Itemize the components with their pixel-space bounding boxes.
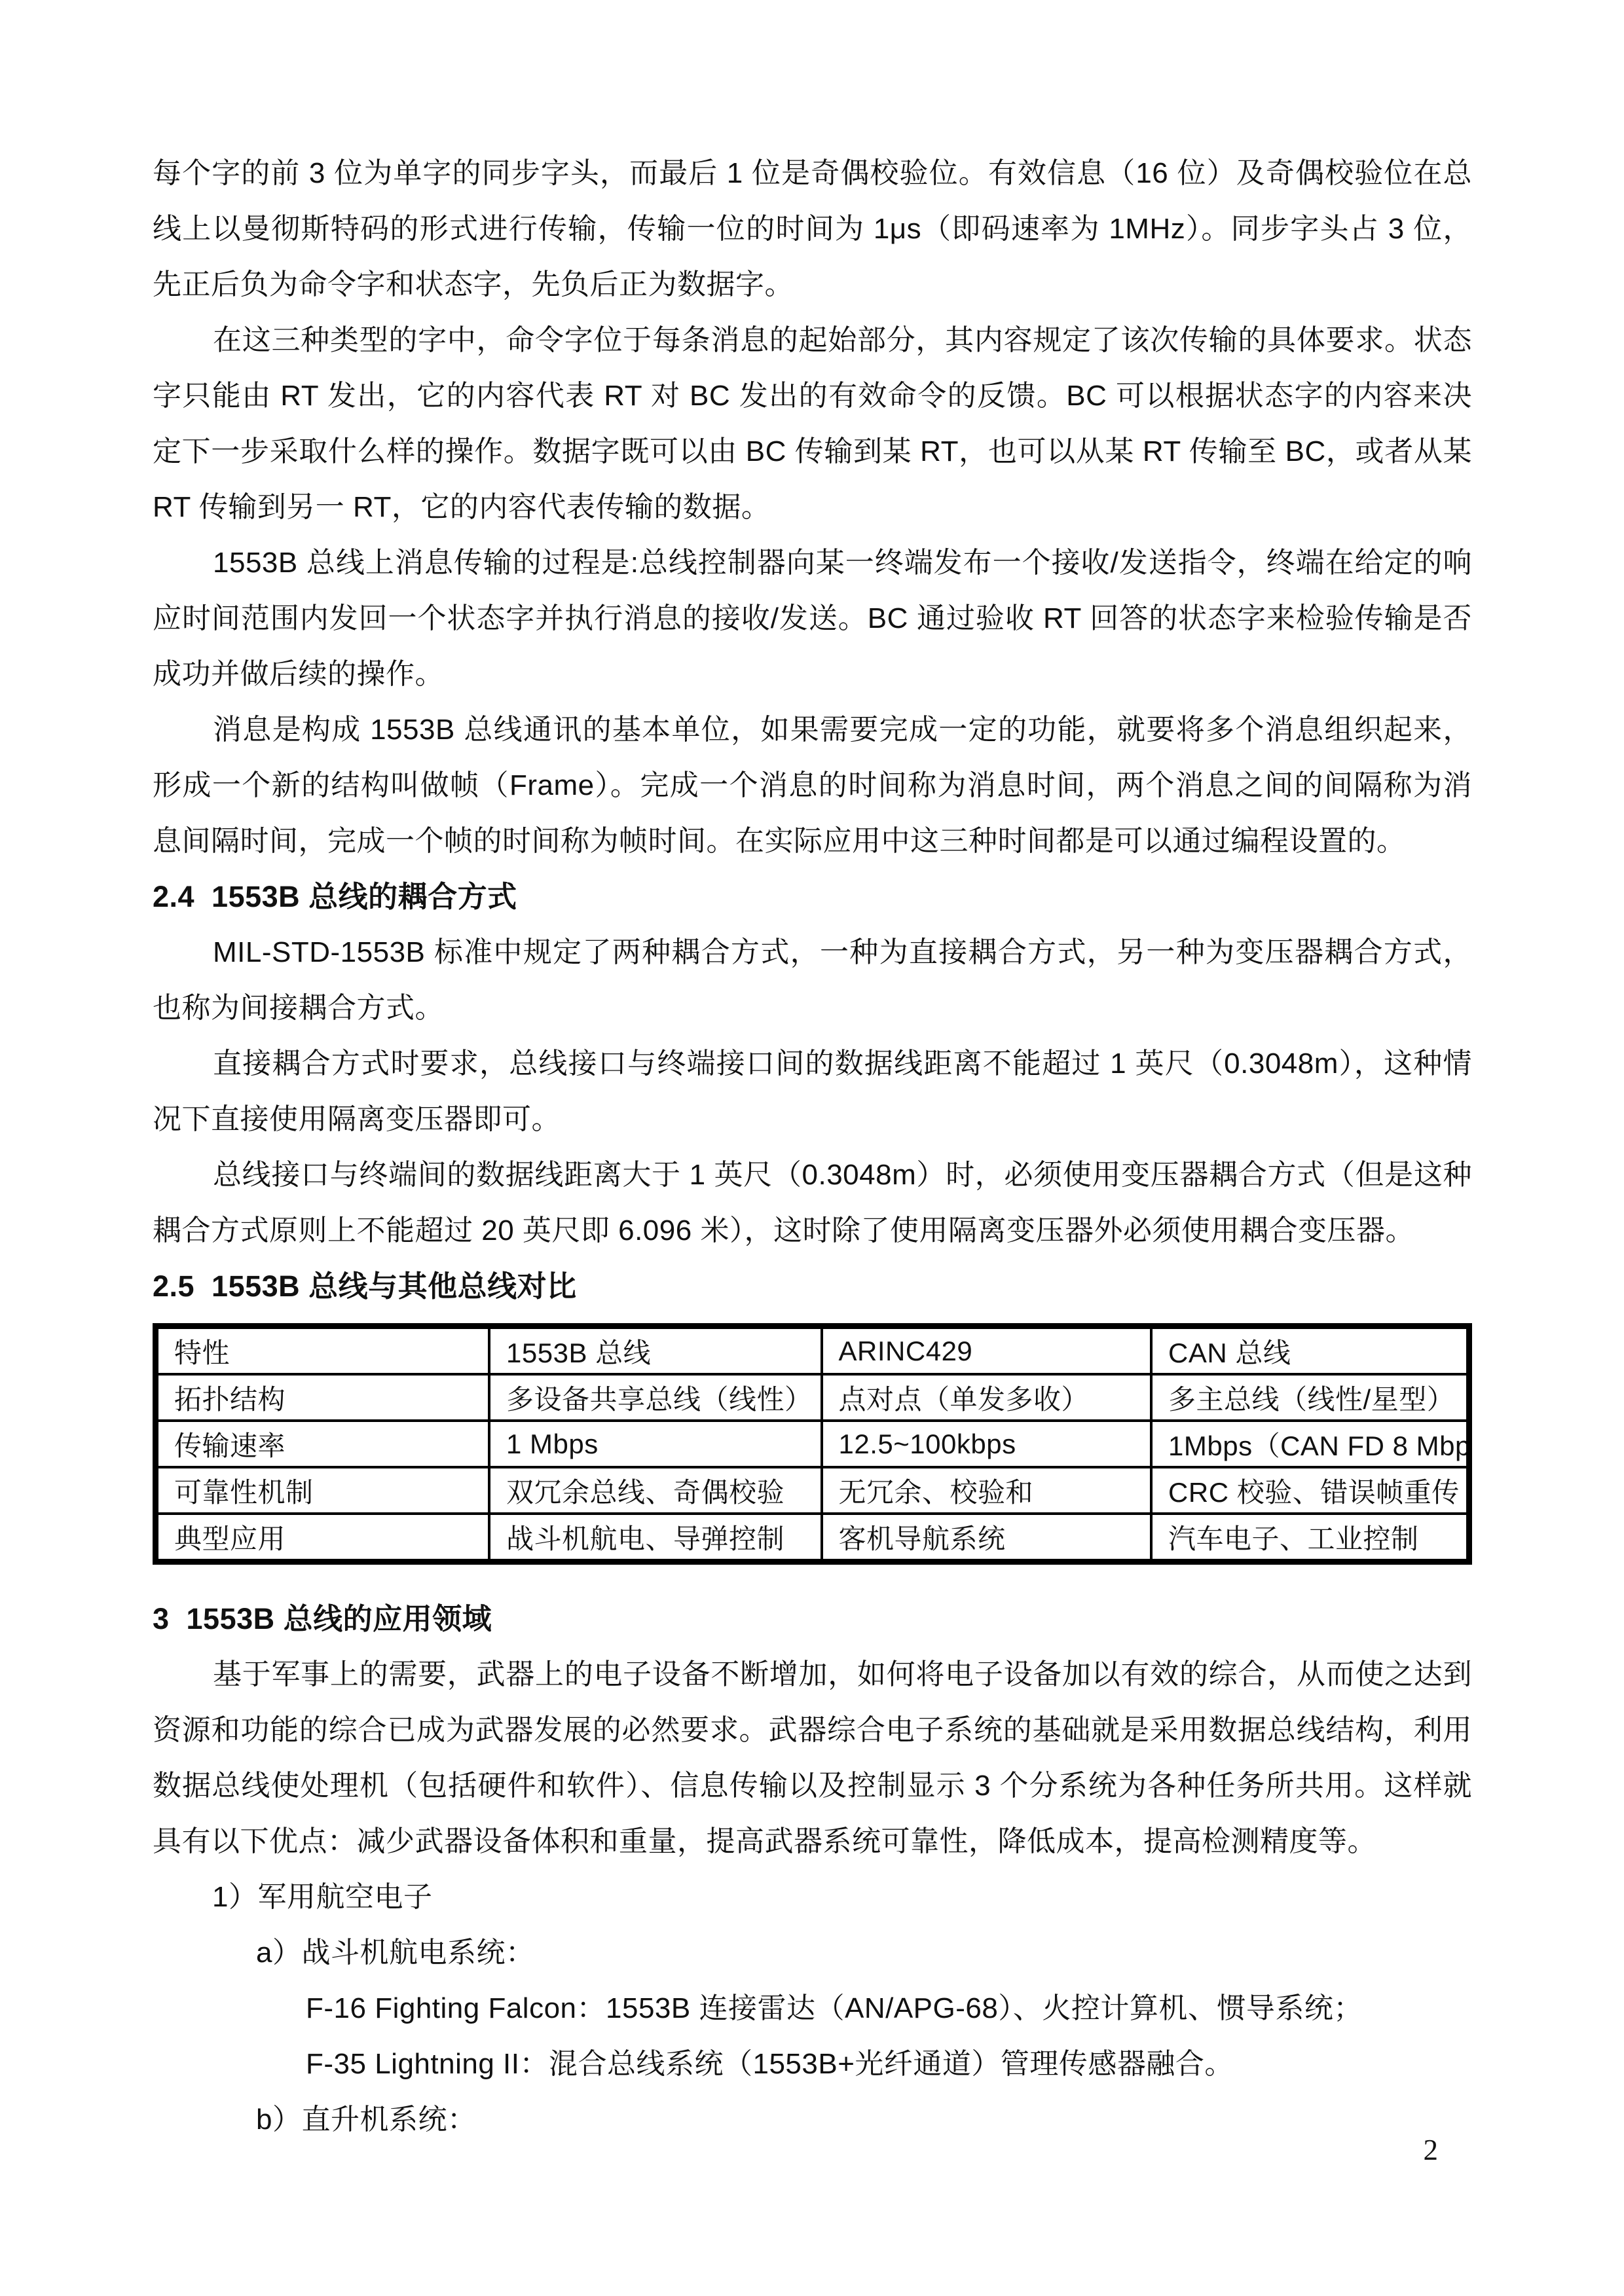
table-cell: 无冗余、校验和: [822, 1467, 1152, 1514]
table-cell: 点对点（单发多收）: [822, 1374, 1152, 1421]
table-row: 可靠性机制 双冗余总线、奇偶校验 无冗余、校验和 CRC 校验、错误帧重传: [156, 1467, 1469, 1514]
paragraph-transformer-coupling: 总线接口与终端间的数据线距离大于 1 英尺（0.3048m）时，必须使用变压器耦…: [153, 1147, 1472, 1258]
section-heading-comparison: 2.5 1553B 总线与其他总线对比: [153, 1258, 1472, 1314]
table-header-cell: 特性: [156, 1326, 490, 1375]
table-cell: 可靠性机制: [156, 1467, 490, 1514]
table-cell: 1 Mbps: [489, 1421, 822, 1467]
page-content: 每个字的前 3 位为单字的同步字头，而最后 1 位是奇偶校验位。有效信息（16 …: [153, 145, 1472, 2147]
comparison-table: 特性 1553B 总线 ARINC429 CAN 总线 拓扑结构 多设备共享总线…: [153, 1323, 1472, 1565]
paragraph-coupling-modes: MIL-STD-1553B 标准中规定了两种耦合方式，一种为直接耦合方式，另一种…: [153, 924, 1472, 1036]
table-cell: 典型应用: [156, 1514, 490, 1562]
table-cell: 多设备共享总线（线性）: [489, 1374, 822, 1421]
table-row: 传输速率 1 Mbps 12.5~100kbps 1Mbps（CAN FD 8 …: [156, 1421, 1469, 1467]
paragraph-word-types: 在这三种类型的字中，命令字位于每条消息的起始部分，其内容规定了该次传输的具体要求…: [153, 312, 1472, 535]
table-row: 典型应用 战斗机航电、导弹控制 客机导航系统 汽车电子、工业控制: [156, 1514, 1469, 1562]
list-item-f35: F-35 Lightning II：混合总线系统（1553B+光纤通道）管理传感…: [153, 2036, 1472, 2092]
list-item-f16: F-16 Fighting Falcon：1553B 连接雷达（AN/APG-6…: [153, 1980, 1472, 2036]
paragraph-military-need: 基于军事上的需要，武器上的电子设备不断增加，如何将电子设备加以有效的综合，从而使…: [153, 1647, 1472, 1869]
table-header-row: 特性 1553B 总线 ARINC429 CAN 总线: [156, 1326, 1469, 1375]
list-item-fighter-systems: a）战斗机航电系统：: [153, 1925, 1472, 1980]
table-row: 拓扑结构 多设备共享总线（线性） 点对点（单发多收） 多主总线（线性/星型）: [156, 1374, 1469, 1421]
table-header-cell: CAN 总线: [1151, 1326, 1469, 1375]
table-cell: 1Mbps（CAN FD 8 Mbps）: [1151, 1421, 1469, 1467]
paragraph-word-structure: 每个字的前 3 位为单字的同步字头，而最后 1 位是奇偶校验位。有效信息（16 …: [153, 145, 1472, 312]
table-cell: 双冗余总线、奇偶校验: [489, 1467, 822, 1514]
document-page: 每个字的前 3 位为单字的同步字头，而最后 1 位是奇偶校验位。有效信息（16 …: [0, 0, 1624, 2296]
table-cell: CRC 校验、错误帧重传: [1151, 1467, 1469, 1514]
table-cell: 拓扑结构: [156, 1374, 490, 1421]
table-header-cell: ARINC429: [822, 1326, 1152, 1375]
table-cell: 多主总线（线性/星型）: [1151, 1374, 1469, 1421]
table-cell: 传输速率: [156, 1421, 490, 1467]
section-heading-coupling: 2.4 1553B 总线的耦合方式: [153, 869, 1472, 924]
paragraph-direct-coupling: 直接耦合方式时要求，总线接口与终端接口间的数据线距离不能超过 1 英尺（0.30…: [153, 1036, 1472, 1147]
table-cell: 战斗机航电、导弹控制: [489, 1514, 822, 1562]
paragraph-message-frame: 消息是构成 1553B 总线通讯的基本单位，如果需要完成一定的功能，就要将多个消…: [153, 702, 1472, 869]
table-cell: 客机导航系统: [822, 1514, 1152, 1562]
page-number: 2: [153, 2133, 1472, 2167]
table-cell: 汽车电子、工业控制: [1151, 1514, 1469, 1562]
list-item-avionics: 1）军用航空电子: [153, 1869, 1472, 1925]
section-heading-applications: 3 1553B 总线的应用领域: [153, 1591, 1472, 1647]
table-cell: 12.5~100kbps: [822, 1421, 1152, 1467]
table-header-cell: 1553B 总线: [489, 1326, 822, 1375]
paragraph-message-process: 1553B 总线上消息传输的过程是:总线控制器向某一终端发布一个接收/发送指令，…: [153, 535, 1472, 702]
